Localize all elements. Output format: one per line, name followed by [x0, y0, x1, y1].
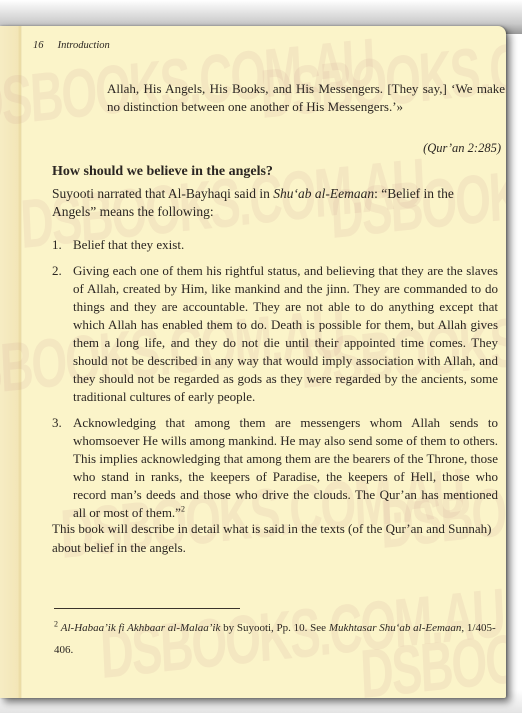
belief-list: 1. Belief that they exist. 2. Giving eac…: [52, 236, 498, 530]
footnote: 2 Al-Habaa’ik fi Akhbaar al-Malaa’ik by …: [54, 617, 500, 661]
list-number: 3.: [52, 414, 73, 522]
footnote-reference[interactable]: 2: [181, 505, 185, 514]
quote-reference: (Qur’an 2:285): [107, 141, 501, 156]
list-item: 1. Belief that they exist.: [52, 236, 498, 254]
footnote-marker: 2: [54, 619, 58, 628]
list-text: Giving each one of them his rightful sta…: [73, 262, 498, 406]
section-heading: How should we believe in the angels?: [52, 164, 273, 180]
footnote-text: by Suyooti, Pp. 10. See: [220, 622, 328, 634]
list-text: Belief that they exist.: [73, 236, 498, 254]
footnote-divider: [54, 608, 240, 609]
running-header: 16 Introduction: [33, 40, 110, 51]
intro-paragraph: Suyooti narrated that Al-Bayhaqi said in…: [52, 185, 498, 221]
book-title: Shu‘ab al-Eemaan: [273, 186, 374, 201]
footnote-book-title-2: Mukhtasar Shu‘ab al-Eemaan: [329, 622, 462, 634]
page-number: 16: [33, 40, 55, 51]
list-number: 2.: [52, 262, 73, 406]
closing-paragraph: This book will describe in detail what i…: [52, 519, 498, 557]
list-text-body: Acknowledging that among them are messen…: [73, 415, 498, 520]
list-number: 1.: [52, 236, 73, 254]
quran-quote: Allah, His Angels, His Books, and His Me…: [107, 80, 505, 116]
chapter-title: Introduction: [58, 40, 110, 51]
footnote-book-title: Al-Habaa’ik fi Akhbaar al-Malaa’ik: [61, 622, 221, 634]
intro-text: Suyooti narrated that Al-Bayhaqi said in: [52, 186, 273, 201]
list-text: Acknowledging that among them are messen…: [73, 414, 498, 522]
list-item: 2. Giving each one of them his rightful …: [52, 262, 498, 406]
list-item: 3. Acknowledging that among them are mes…: [52, 414, 498, 522]
